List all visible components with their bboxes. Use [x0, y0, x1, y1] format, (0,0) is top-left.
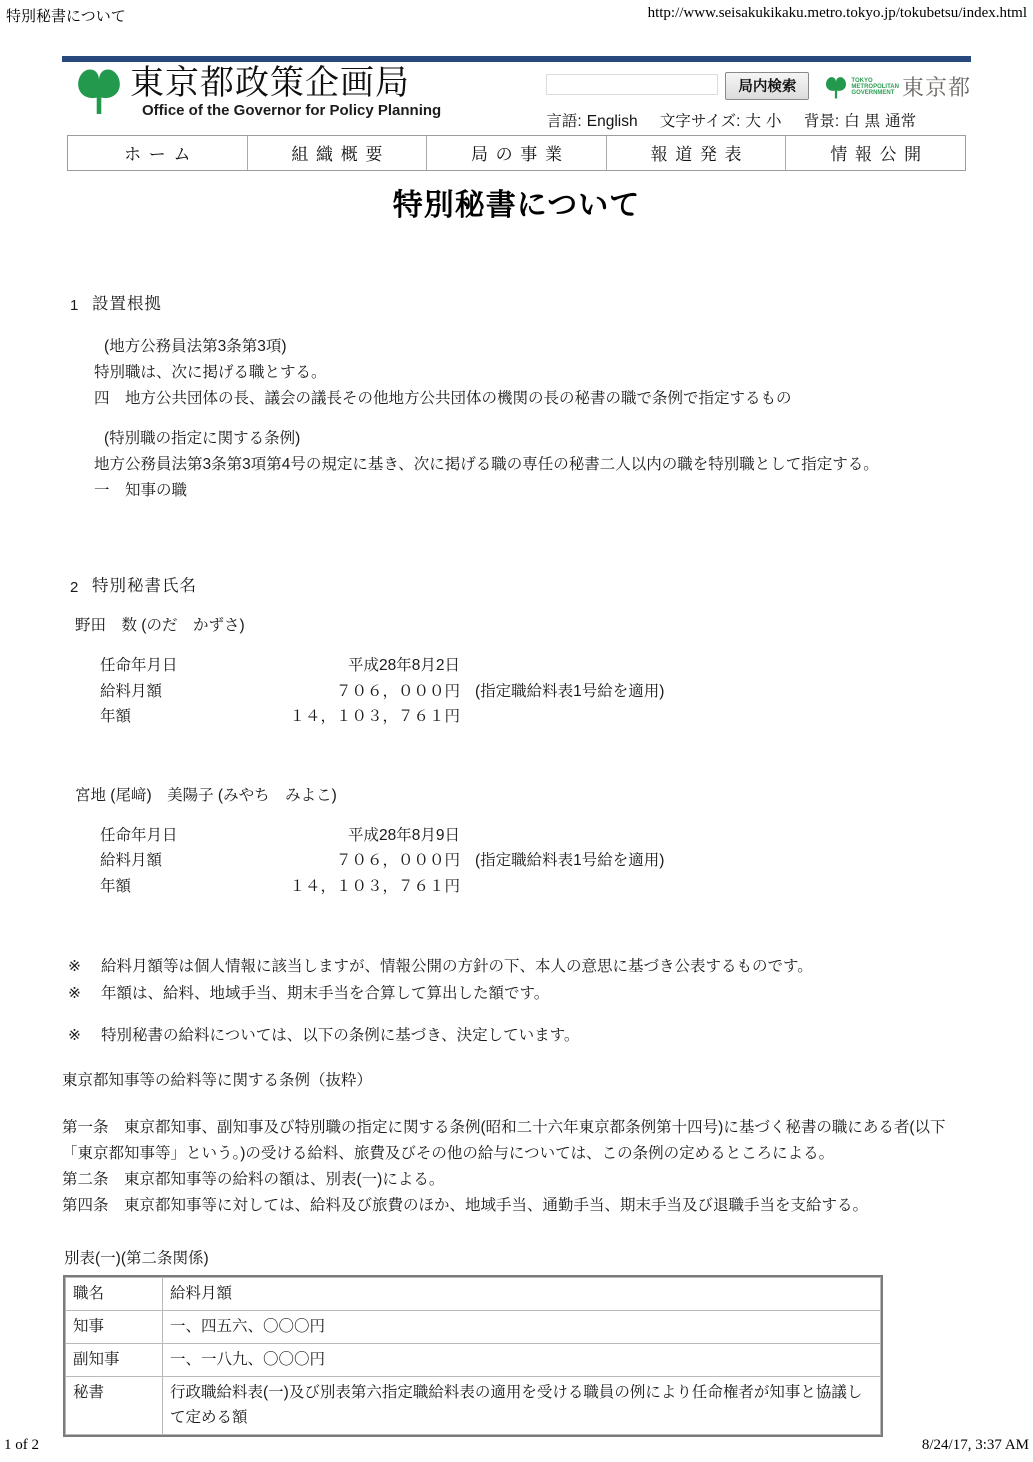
table-header-row: 職名 給料月額: [66, 1278, 880, 1310]
section1-line1: 特別職は、次に掲げる職とする。: [62, 360, 971, 386]
notes: ※給料月額等は個人情報に該当しますが、情報公開の方針の下、本人の意思に基づき公表…: [62, 953, 971, 1049]
section1-ord-ref: (特別職の指定に関する条例): [62, 426, 971, 452]
background-normal-link[interactable]: 通常: [885, 113, 916, 130]
salary-table: 職名 給料月額 知事 一、四五六、〇〇〇円 副知事 一、一八九、〇〇〇円 秘書 …: [63, 1275, 883, 1437]
detail-row-monthly-salary: 給料月額７０６，０００円(指定職給料表1号給を適用): [100, 848, 971, 874]
tmg-small-text: TOKYO METROPOLITAN GOVERNMENT: [851, 78, 899, 96]
org-name-english: Office of the Governor for Policy Planni…: [130, 102, 441, 119]
section2-number: 2: [62, 579, 92, 596]
section1-line4: 一 知事の職: [62, 478, 971, 504]
section1-number: 1: [62, 297, 92, 314]
detail-row-annual-salary: 年額１４，１０３，７６１円: [100, 704, 971, 730]
table-row: 秘書 行政職給料表(一)及び別表第六指定職給料表の適用を受ける職員の例により任命…: [66, 1377, 880, 1434]
tokyo-ginkgo-icon: [76, 65, 122, 115]
print-footer-datetime: 8/24/17, 3:37 AM: [922, 1437, 1029, 1454]
nav-item-press[interactable]: 報道発表: [606, 136, 786, 170]
detail-row-appointment: 任命年月日平成28年8月9日: [100, 823, 971, 849]
print-footer: 1 of 2 8/24/17, 3:37 AM: [4, 1437, 1029, 1454]
secretary-name: 野田 数 (のだ かずさ): [62, 614, 971, 638]
language-label: 言語:: [546, 113, 581, 130]
tmg-logo-link[interactable]: TOKYO METROPOLITAN GOVERNMENT 東京都: [825, 71, 971, 102]
table-header-title: 職名: [66, 1278, 162, 1310]
fontsize-large-link[interactable]: 大: [745, 113, 761, 130]
language-english-link[interactable]: English: [587, 113, 638, 130]
secretary-name: 宮地 (尾﨑) 美陽子 (みやち みよこ): [62, 784, 971, 808]
search-button[interactable]: 局内検索: [725, 72, 809, 100]
table-row: 知事 一、四五六、〇〇〇円: [66, 1311, 880, 1343]
print-header-title: 特別秘書について: [6, 5, 126, 26]
fontsize-small-link[interactable]: 小: [766, 113, 782, 130]
nav-item-projects[interactable]: 局の事業: [426, 136, 606, 170]
main-nav: ホーム 組織概要 局の事業 報道発表 情報公開: [67, 135, 966, 171]
note: ※給料月額等は個人情報に該当しますが、情報公開の方針の下、本人の意思に基づき公表…: [62, 953, 971, 980]
background-black-link[interactable]: 黒: [865, 113, 881, 130]
site-header: 東京都政策企画局 Office of the Governor for Poli…: [62, 62, 971, 133]
org-logo-link[interactable]: 東京都政策企画局 Office of the Governor for Poli…: [76, 65, 441, 131]
fontsize-label: 文字サイズ:: [660, 113, 741, 130]
table-row: 副知事 一、一八九、〇〇〇円: [66, 1344, 880, 1376]
section1-line3: 地方公務員法第3条第3項第4号の規定に基き、次に掲げる職の専任の秘書二人以内の職…: [62, 452, 971, 478]
print-header-url: http://www.seisakukikaku.metro.tokyo.jp/…: [648, 5, 1027, 26]
print-header: 特別秘書について http://www.seisakukikaku.metro.…: [6, 5, 1027, 26]
nav-item-home[interactable]: ホーム: [68, 136, 247, 170]
search-input[interactable]: [546, 74, 718, 95]
tmg-ginkgo-icon: [825, 75, 847, 99]
background-label: 背景:: [804, 113, 839, 130]
section1-law-ref: (地方公務員法第3条第3項): [62, 334, 971, 360]
detail-row-annual-salary: 年額１４，１０３，７６１円: [100, 874, 971, 900]
ordinance-article-4: 第四条 東京都知事等に対しては、給料及び旅費のほか、地域手当、通勤手当、期末手当…: [62, 1193, 971, 1219]
background-white-link[interactable]: 白: [844, 113, 860, 130]
print-footer-page: 1 of 2: [4, 1437, 39, 1454]
ordinance-article-2: 第二条 東京都知事等の給料の額は、別表(一)による。: [62, 1167, 971, 1193]
table-caption: 別表(一)(第二条関係): [62, 1246, 971, 1272]
ordinance-articles: 第一条 東京都知事、副知事及び特別職の指定に関する条例(昭和二十六年東京都条例第…: [62, 1115, 971, 1219]
detail-row-appointment: 任命年月日平成28年8月2日: [100, 653, 971, 679]
org-name: 東京都政策企画局: [130, 65, 441, 101]
section1-heading: 1設置根拠: [62, 290, 971, 314]
detail-row-monthly-salary: 給料月額７０６，０００円(指定職給料表1号給を適用): [100, 679, 971, 705]
section1-line2: 四 地方公共団体の長、議会の議長その他地方公共団体の機関の長の秘書の職で条例で指…: [62, 386, 971, 412]
ordinance-article-1: 第一条 東京都知事、副知事及び特別職の指定に関する条例(昭和二十六年東京都条例第…: [62, 1115, 971, 1167]
table-header-salary: 給料月額: [163, 1278, 880, 1310]
nav-item-disclosure[interactable]: 情報公開: [785, 136, 965, 170]
tmg-name: 東京都: [902, 71, 971, 102]
note: ※特別秘書の給料については、以下の条例に基づき、決定しています。: [62, 1022, 971, 1049]
header-toolbar: 言語:English 文字サイズ:大小 背景:白黒通常: [546, 109, 971, 131]
secretary-details: 任命年月日平成28年8月9日 給料月額７０６，０００円(指定職給料表1号給を適用…: [62, 823, 971, 900]
ordinance-title: 東京都知事等の給料等に関する条例（抜粋）: [62, 1068, 971, 1094]
org-text: 東京都政策企画局 Office of the Governor for Poli…: [130, 65, 441, 119]
nav-item-organization[interactable]: 組織概要: [247, 136, 427, 170]
note: ※年額は、給料、地域手当、期末手当を合算して算出した額です。: [62, 980, 971, 1007]
page-title: 特別秘書について: [62, 180, 971, 224]
section2-heading: 2特別秘書氏名: [62, 572, 971, 596]
secretary-details: 任命年月日平成28年8月2日 給料月額７０６，０００円(指定職給料表1号給を適用…: [62, 653, 971, 730]
header-right: 局内検索 TOKYO METROPOLITAN GOVERNMENT 東京都: [546, 65, 971, 131]
page-content: 東京都政策企画局 Office of the Governor for Poli…: [62, 0, 971, 1437]
